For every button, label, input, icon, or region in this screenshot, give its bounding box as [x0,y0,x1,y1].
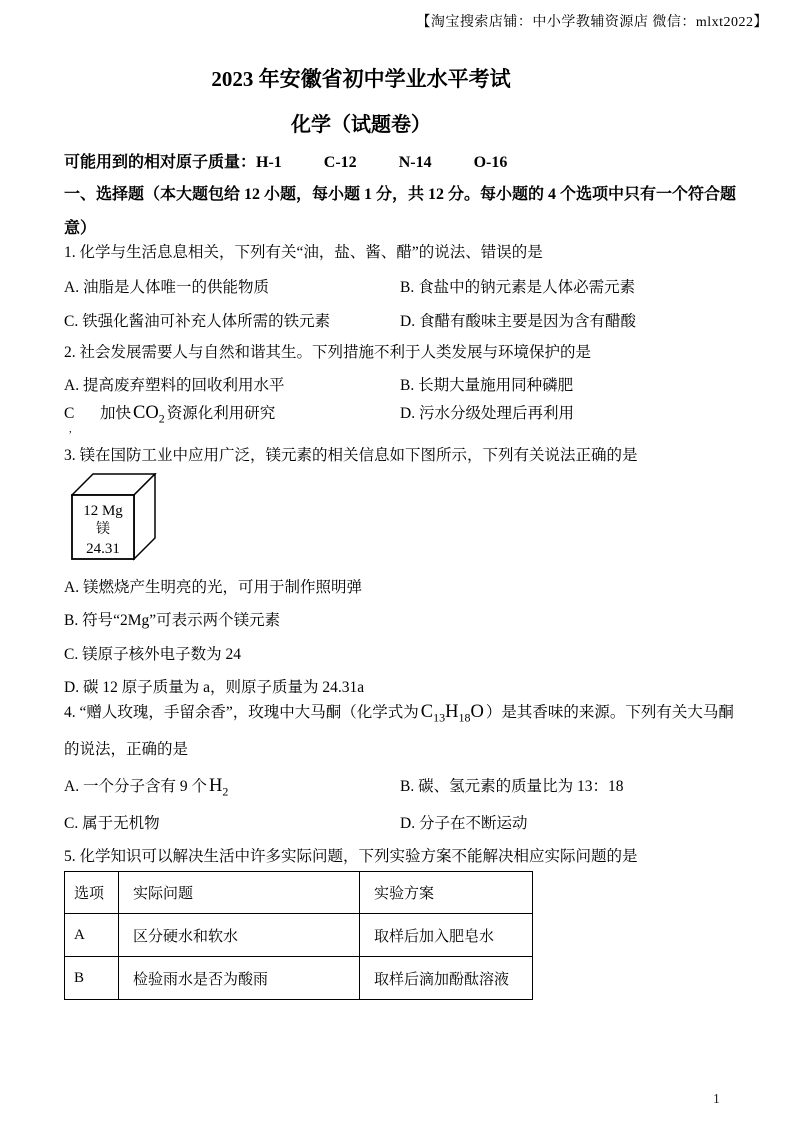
q1-option-c: C. 铁强化酱油可补充人体所需的铁元素 [64,312,400,332]
row-b-problem: 检验雨水是否为酸雨 [119,957,360,1000]
q3-option-c: C. 镁原子核外电子数为 24 [64,645,241,665]
atomic-mass-c: C-12 [324,154,357,172]
header-cell-scheme: 实验方案 [360,872,533,914]
atomic-mass-label: 可能用到的相对原子质量： [64,154,256,171]
q2-option-b: B. 长期大量施用同种磷肥 [400,376,736,396]
q4-option-d: D. 分子在不断运动 [400,814,736,834]
question-5-stem: 5. 化学知识可以解决生活中许多实际问题，下列实验方案不能解决相应实际问题的是 [64,847,736,867]
row-b-label: B [65,957,119,1000]
q1-option-a: A. 油脂是人体唯一的供能物质 [64,278,400,298]
atomic-mass-h: H-1 [256,154,282,172]
element-number-symbol: 12 Mg [83,503,123,519]
q4-stem-pre: 4. “赠人玫瑰，手留余香”，玫瑰中大马酮（化学式为 [64,704,419,721]
question-5-table: 选项 实际问题 实验方案 A 区分硬水和软水 取样后加入肥皂水 B 检验雨水是否… [64,871,533,1000]
magnesium-element-cube-figure: 12 Mg 镁 24.31 [71,473,157,561]
table-header-row: 选项 实际问题 实验方案 [65,872,533,914]
element-mass: 24.31 [86,541,120,557]
row-a-problem: 区分硬水和软水 [119,914,360,957]
q1-option-b: B. 食盐中的钠元素是人体必需元素 [400,278,736,298]
atomic-mass-n: N-14 [399,154,432,172]
q4-option-a-pre: A. 一个分子含有 9 个 [64,778,207,795]
row-b-scheme: 取样后滴加酚酞溶液 [360,957,533,1000]
q4-option-c: C. 属于无机物 [64,814,400,834]
damascenone-formula: C13H18O [421,702,484,722]
q2-option-c-post: 资源化利用研究 [167,405,276,422]
q2-option-d: D. 污水分级处理后再利用 [400,404,736,424]
page-number: 1 [713,1091,720,1107]
q3-option-b: B. 符号“2Mg”可表示两个镁元素 [64,611,280,631]
q2-option-c-pre: 加快 [100,405,131,422]
question-3-stem: 3. 镁在国防工业中应用广泛，镁元素的相关信息如下图所示，下列有关说法正确的是 [64,446,736,466]
q4-option-a: A. 一个分子含有 9 个H2 [64,777,400,797]
q4-option-b: B. 碳、氢元素的质量比为 13：18 [400,777,736,797]
seller-watermark-note: 【淘宝搜索店铺：中小学教辅资源店 微信：mlxt2022】 [416,11,768,31]
header-cell-option: 选项 [65,872,119,914]
q2-option-c: C,加快CO2资源化利用研究 [64,404,400,424]
question-2-options-row-2: C,加快CO2资源化利用研究 D. 污水分级处理后再利用 [64,404,736,424]
question-4-options-row-2: C. 属于无机物 D. 分子在不断运动 [64,814,736,834]
exam-paper-page: 【淘宝搜索店铺：中小学教辅资源店 微信：mlxt2022】 2023 年安徽省初… [0,0,793,1122]
atomic-mass-line: 可能用到的相对原子质量：H-1C-12N-14O-16 [64,149,507,172]
question-4-stem: 4. “赠人玫瑰，手留余香”，玫瑰中大马酮（化学式为C13H18O）是其香味的来… [64,694,742,768]
co2-formula: CO2 [133,403,165,423]
exam-subtitle: 化学（试题卷） [0,108,722,137]
row-a-scheme: 取样后加入肥皂水 [360,914,533,957]
section-one-heading: 一、选择题（本大题包给 12 小题，每小题 1 分，共 12 分。每小题的 4 … [64,178,736,246]
table-row: A 区分硬水和软水 取样后加入肥皂水 [65,914,533,957]
question-1-options-row-2: C. 铁强化酱油可补充人体所需的铁元素 D. 食醋有酸味主要是因为含有醋酸 [64,312,736,332]
h2-formula: H2 [209,776,228,796]
table-row: B 检验雨水是否为酸雨 取样后滴加酚酞溶液 [65,957,533,1000]
q3-option-a: A. 镁燃烧产生明亮的光，可用于制作照明弹 [64,578,362,598]
question-1-stem: 1. 化学与生活息息相关，下列有关“油，盐、酱、醋”的说法、错误的是 [64,243,736,263]
stray-ink-mark: , [69,424,72,435]
question-1-options-row-1: A. 油脂是人体唯一的供能物质 B. 食盐中的钠元素是人体必需元素 [64,278,736,298]
element-name: 镁 [96,521,110,537]
question-2-stem: 2. 社会发展需要人与自然和谐其生。下列措施不利于人类发展与环境保护的是 [64,343,736,363]
q2-option-a: A. 提高废弃塑料的回收利用水平 [64,376,400,396]
question-4-options-row-1: A. 一个分子含有 9 个H2 B. 碳、氢元素的质量比为 13：18 [64,777,736,797]
q1-option-d: D. 食醋有酸味主要是因为含有醋酸 [400,312,736,332]
question-2-options-row-1: A. 提高废弃塑料的回收利用水平 B. 长期大量施用同种磷肥 [64,376,736,396]
header-cell-problem: 实际问题 [119,872,360,914]
row-a-label: A [65,914,119,957]
exam-title: 2023 年安徽省初中学业水平考试 [0,63,722,93]
atomic-mass-o: O-16 [474,154,508,172]
q2-option-c-label: C [64,404,100,424]
